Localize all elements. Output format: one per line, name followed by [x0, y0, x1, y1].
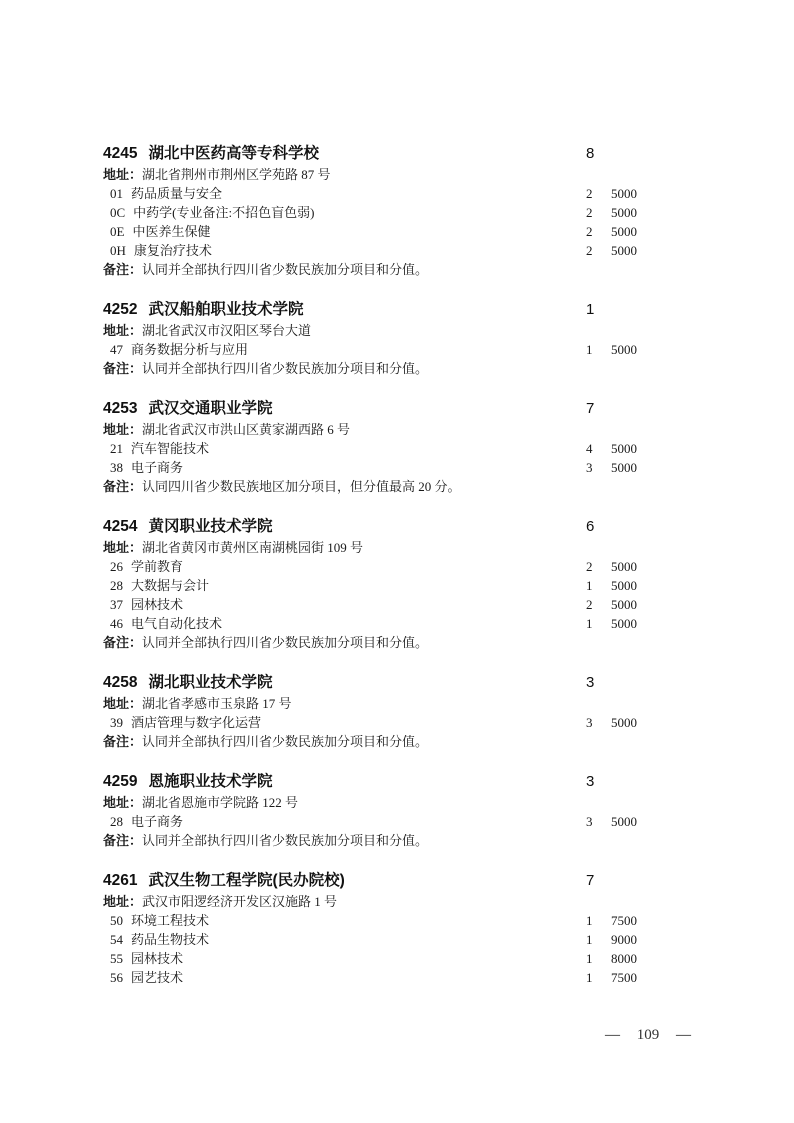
note-text: 认同四川省少数民族地区加分项目，但分值最高 20 分。 — [142, 479, 461, 494]
address-text: 湖北省武汉市洪山区黄家湖西路 6 号 — [142, 422, 350, 437]
school-note-row: 备注：认同并全部执行四川省少数民族加分项目和分值。 — [103, 831, 637, 850]
major-name: 电子商务 — [131, 814, 183, 829]
major-name: 商务数据分析与应用 — [131, 342, 248, 357]
major-count: 1 — [586, 949, 600, 968]
major-count: 1 — [586, 576, 600, 595]
major-name: 园林技术 — [131, 597, 183, 612]
major-fee: 5000 — [600, 439, 637, 458]
major-name: 电子商务 — [131, 460, 183, 475]
major-fee: 5000 — [600, 595, 637, 614]
major-fee: 5000 — [600, 340, 637, 359]
address-text: 湖北省恩施市学院路 122 号 — [142, 795, 298, 810]
major-fee: 5000 — [600, 576, 637, 595]
school-total-count: 7 — [586, 398, 600, 420]
school-name: 湖北职业技术学院 — [148, 672, 586, 694]
major-count: 3 — [586, 812, 600, 831]
major-row: 37园林技术 2 5000 — [103, 595, 637, 614]
major-count: 4 — [586, 439, 600, 458]
school-address-row: 地址：武汉市阳逻经济开发区汉施路 1 号 — [103, 892, 637, 911]
major-label: 28电子商务 — [103, 812, 586, 831]
school-name: 武汉交通职业学院 — [148, 398, 586, 420]
major-name: 电气自动化技术 — [131, 616, 222, 631]
school-total-count: 3 — [586, 771, 600, 793]
major-label: 50环境工程技术 — [103, 911, 586, 930]
major-list: 39酒店管理与数字化运营 3 5000 — [103, 713, 637, 732]
school-title-row: 4259 恩施职业技术学院 3 — [103, 771, 637, 793]
major-fee: 5000 — [600, 812, 637, 831]
school-name: 湖北中医药高等专科学校 — [148, 143, 586, 165]
school-code: 4253 — [103, 398, 137, 420]
major-code: 39 — [110, 715, 123, 730]
note-label: 备注： — [103, 479, 142, 494]
major-name: 园林技术 — [131, 951, 183, 966]
major-label: 26学前教育 — [103, 557, 586, 576]
major-count: 1 — [586, 614, 600, 633]
major-code: 50 — [110, 913, 123, 928]
major-row: 28电子商务 3 5000 — [103, 812, 637, 831]
major-fee: 7500 — [600, 968, 637, 987]
school-note-row: 备注：认同并全部执行四川省少数民族加分项目和分值。 — [103, 732, 637, 751]
major-row: 0C中药学(专业备注:不招色盲色弱) 2 5000 — [103, 203, 637, 222]
major-list: 21汽车智能技术 4 5000 38电子商务 3 5000 — [103, 439, 637, 477]
school-total-count: 1 — [586, 299, 600, 321]
address-label: 地址： — [103, 696, 142, 711]
school-title-row: 4261 武汉生物工程学院(民办院校) 7 — [103, 870, 637, 892]
major-name: 康复治疗技术 — [134, 243, 212, 258]
major-row: 38电子商务 3 5000 — [103, 458, 637, 477]
school-title-row: 4254 黄冈职业技术学院 6 — [103, 516, 637, 538]
note-text: 认同并全部执行四川省少数民族加分项目和分值。 — [142, 635, 428, 650]
address-text: 武汉市阳逻经济开发区汉施路 1 号 — [142, 894, 337, 909]
major-count: 3 — [586, 713, 600, 732]
major-label: 01药品质量与安全 — [103, 184, 586, 203]
footer-right-dash: — — [676, 1027, 691, 1044]
note-text: 认同并全部执行四川省少数民族加分项目和分值。 — [142, 262, 428, 277]
major-label: 47商务数据分析与应用 — [103, 340, 586, 359]
major-name: 中药学(专业备注:不招色盲色弱) — [133, 205, 314, 220]
note-text: 认同并全部执行四川省少数民族加分项目和分值。 — [142, 734, 428, 749]
note-label: 备注： — [103, 833, 142, 848]
major-name: 汽车智能技术 — [131, 441, 209, 456]
major-count: 2 — [586, 557, 600, 576]
major-fee: 5000 — [600, 203, 637, 222]
note-label: 备注： — [103, 262, 142, 277]
major-row: 21汽车智能技术 4 5000 — [103, 439, 637, 458]
major-fee: 9000 — [600, 930, 637, 949]
major-code: 54 — [110, 932, 123, 947]
note-label: 备注： — [103, 361, 142, 376]
major-label: 21汽车智能技术 — [103, 439, 586, 458]
school-code: 4245 — [103, 143, 137, 165]
major-list: 28电子商务 3 5000 — [103, 812, 637, 831]
major-count: 2 — [586, 203, 600, 222]
major-label: 54药品生物技术 — [103, 930, 586, 949]
major-fee: 5000 — [600, 184, 637, 203]
address-label: 地址： — [103, 323, 142, 338]
address-text: 湖北省武汉市汉阳区琴台大道 — [142, 323, 311, 338]
footer-left-dash: — — [605, 1027, 620, 1044]
school-total-count: 6 — [586, 516, 600, 538]
major-label: 39酒店管理与数字化运营 — [103, 713, 586, 732]
major-row: 50环境工程技术 1 7500 — [103, 911, 637, 930]
major-row: 55园林技术 1 8000 — [103, 949, 637, 968]
major-label: 46电气自动化技术 — [103, 614, 586, 633]
major-row: 26学前教育 2 5000 — [103, 557, 637, 576]
note-text: 认同并全部执行四川省少数民族加分项目和分值。 — [142, 361, 428, 376]
school-name: 武汉生物工程学院(民办院校) — [148, 870, 586, 892]
major-count: 3 — [586, 458, 600, 477]
school-total-count: 8 — [586, 143, 600, 165]
school-address-row: 地址：湖北省恩施市学院路 122 号 — [103, 793, 637, 812]
major-count: 1 — [586, 340, 600, 359]
school-total-count: 7 — [586, 870, 600, 892]
major-fee: 5000 — [600, 557, 637, 576]
major-name: 大数据与会计 — [131, 578, 209, 593]
major-count: 1 — [586, 968, 600, 987]
major-fee: 5000 — [600, 241, 637, 260]
major-row: 54药品生物技术 1 9000 — [103, 930, 637, 949]
address-label: 地址： — [103, 167, 142, 182]
school-address-row: 地址：湖北省武汉市洪山区黄家湖西路 6 号 — [103, 420, 637, 439]
major-label: 28大数据与会计 — [103, 576, 586, 595]
major-label: 55园林技术 — [103, 949, 586, 968]
major-list: 26学前教育 2 5000 28大数据与会计 1 5000 37园林技术 2 5… — [103, 557, 637, 633]
major-code: 0E — [110, 224, 124, 239]
major-fee: 5000 — [600, 614, 637, 633]
school-total-count: 3 — [586, 672, 600, 694]
major-name: 药品生物技术 — [131, 932, 209, 947]
major-code: 26 — [110, 559, 123, 574]
major-code: 0C — [110, 205, 125, 220]
school-name: 黄冈职业技术学院 — [148, 516, 586, 538]
major-count: 2 — [586, 222, 600, 241]
major-list: 47商务数据分析与应用 1 5000 — [103, 340, 637, 359]
major-label: 0E中医养生保健 — [103, 222, 586, 241]
page-number: 109 — [637, 1027, 660, 1044]
major-fee: 5000 — [600, 222, 637, 241]
school-note-row: 备注：认同并全部执行四川省少数民族加分项目和分值。 — [103, 260, 637, 279]
school-address-row: 地址：湖北省武汉市汉阳区琴台大道 — [103, 321, 637, 340]
school-title-row: 4252 武汉船舶职业技术学院 1 — [103, 299, 637, 321]
major-fee: 5000 — [600, 458, 637, 477]
major-code: 21 — [110, 441, 123, 456]
school-section: 4258 湖北职业技术学院 3 地址：湖北省孝感市玉泉路 17 号 39酒店管理… — [103, 672, 637, 751]
school-note-row: 备注：认同并全部执行四川省少数民族加分项目和分值。 — [103, 633, 637, 652]
school-address-row: 地址：湖北省荆州市荆州区学苑路 87 号 — [103, 165, 637, 184]
major-row: 46电气自动化技术 1 5000 — [103, 614, 637, 633]
page-footer: — 109 — — [605, 1027, 691, 1044]
major-fee: 7500 — [600, 911, 637, 930]
school-address-row: 地址：湖北省黄冈市黄州区南湖桃园街 109 号 — [103, 538, 637, 557]
school-section: 4253 武汉交通职业学院 7 地址：湖北省武汉市洪山区黄家湖西路 6 号 21… — [103, 398, 637, 496]
school-name: 武汉船舶职业技术学院 — [148, 299, 586, 321]
major-code: 55 — [110, 951, 123, 966]
major-row: 56园艺技术 1 7500 — [103, 968, 637, 987]
school-section: 4261 武汉生物工程学院(民办院校) 7 地址：武汉市阳逻经济开发区汉施路 1… — [103, 870, 637, 987]
address-label: 地址： — [103, 422, 142, 437]
school-code: 4252 — [103, 299, 137, 321]
school-code: 4258 — [103, 672, 137, 694]
note-text: 认同并全部执行四川省少数民族加分项目和分值。 — [142, 833, 428, 848]
major-code: 56 — [110, 970, 123, 985]
address-text: 湖北省黄冈市黄州区南湖桃园街 109 号 — [142, 540, 363, 555]
school-address-row: 地址：湖北省孝感市玉泉路 17 号 — [103, 694, 637, 713]
major-count: 1 — [586, 930, 600, 949]
school-note-row: 备注：认同四川省少数民族地区加分项目，但分值最高 20 分。 — [103, 477, 637, 496]
major-code: 37 — [110, 597, 123, 612]
address-label: 地址： — [103, 795, 142, 810]
major-code: 0H — [110, 243, 126, 258]
major-row: 47商务数据分析与应用 1 5000 — [103, 340, 637, 359]
school-code: 4254 — [103, 516, 137, 538]
major-row: 0H康复治疗技术 2 5000 — [103, 241, 637, 260]
major-list: 01药品质量与安全 2 5000 0C中药学(专业备注:不招色盲色弱) 2 50… — [103, 184, 637, 260]
major-code: 28 — [110, 814, 123, 829]
major-label: 56园艺技术 — [103, 968, 586, 987]
address-label: 地址： — [103, 894, 142, 909]
major-name: 环境工程技术 — [131, 913, 209, 928]
major-name: 园艺技术 — [131, 970, 183, 985]
major-name: 药品质量与安全 — [131, 186, 222, 201]
major-fee: 5000 — [600, 713, 637, 732]
address-text: 湖北省孝感市玉泉路 17 号 — [142, 696, 292, 711]
major-row: 39酒店管理与数字化运营 3 5000 — [103, 713, 637, 732]
major-row: 28大数据与会计 1 5000 — [103, 576, 637, 595]
school-name: 恩施职业技术学院 — [148, 771, 586, 793]
note-label: 备注： — [103, 635, 142, 650]
major-count: 2 — [586, 595, 600, 614]
major-label: 38电子商务 — [103, 458, 586, 477]
major-fee: 8000 — [600, 949, 637, 968]
major-name: 中医养生保健 — [132, 224, 210, 239]
major-name: 学前教育 — [131, 559, 183, 574]
major-label: 0H康复治疗技术 — [103, 241, 586, 260]
document-page: 4245 湖北中医药高等专科学校 8 地址：湖北省荆州市荆州区学苑路 87 号 … — [0, 0, 794, 1123]
major-count: 2 — [586, 184, 600, 203]
major-label: 0C中药学(专业备注:不招色盲色弱) — [103, 203, 586, 222]
school-title-row: 4245 湖北中医药高等专科学校 8 — [103, 143, 637, 165]
school-section: 4252 武汉船舶职业技术学院 1 地址：湖北省武汉市汉阳区琴台大道 47商务数… — [103, 299, 637, 378]
school-section: 4254 黄冈职业技术学院 6 地址：湖北省黄冈市黄州区南湖桃园街 109 号 … — [103, 516, 637, 652]
major-code: 46 — [110, 616, 123, 631]
school-title-row: 4253 武汉交通职业学院 7 — [103, 398, 637, 420]
major-code: 01 — [110, 186, 123, 201]
major-row: 0E中医养生保健 2 5000 — [103, 222, 637, 241]
major-name: 酒店管理与数字化运营 — [131, 715, 261, 730]
address-label: 地址： — [103, 540, 142, 555]
major-list: 50环境工程技术 1 7500 54药品生物技术 1 9000 55园林技术 1… — [103, 911, 637, 987]
admission-plan-list: 4245 湖北中医药高等专科学校 8 地址：湖北省荆州市荆州区学苑路 87 号 … — [103, 143, 637, 1007]
major-label: 37园林技术 — [103, 595, 586, 614]
major-code: 28 — [110, 578, 123, 593]
address-text: 湖北省荆州市荆州区学苑路 87 号 — [142, 167, 331, 182]
major-count: 1 — [586, 911, 600, 930]
note-label: 备注： — [103, 734, 142, 749]
school-code: 4259 — [103, 771, 137, 793]
major-code: 38 — [110, 460, 123, 475]
school-section: 4259 恩施职业技术学院 3 地址：湖北省恩施市学院路 122 号 28电子商… — [103, 771, 637, 850]
school-note-row: 备注：认同并全部执行四川省少数民族加分项目和分值。 — [103, 359, 637, 378]
major-count: 2 — [586, 241, 600, 260]
major-code: 47 — [110, 342, 123, 357]
school-title-row: 4258 湖北职业技术学院 3 — [103, 672, 637, 694]
school-code: 4261 — [103, 870, 137, 892]
major-row: 01药品质量与安全 2 5000 — [103, 184, 637, 203]
school-section: 4245 湖北中医药高等专科学校 8 地址：湖北省荆州市荆州区学苑路 87 号 … — [103, 143, 637, 279]
